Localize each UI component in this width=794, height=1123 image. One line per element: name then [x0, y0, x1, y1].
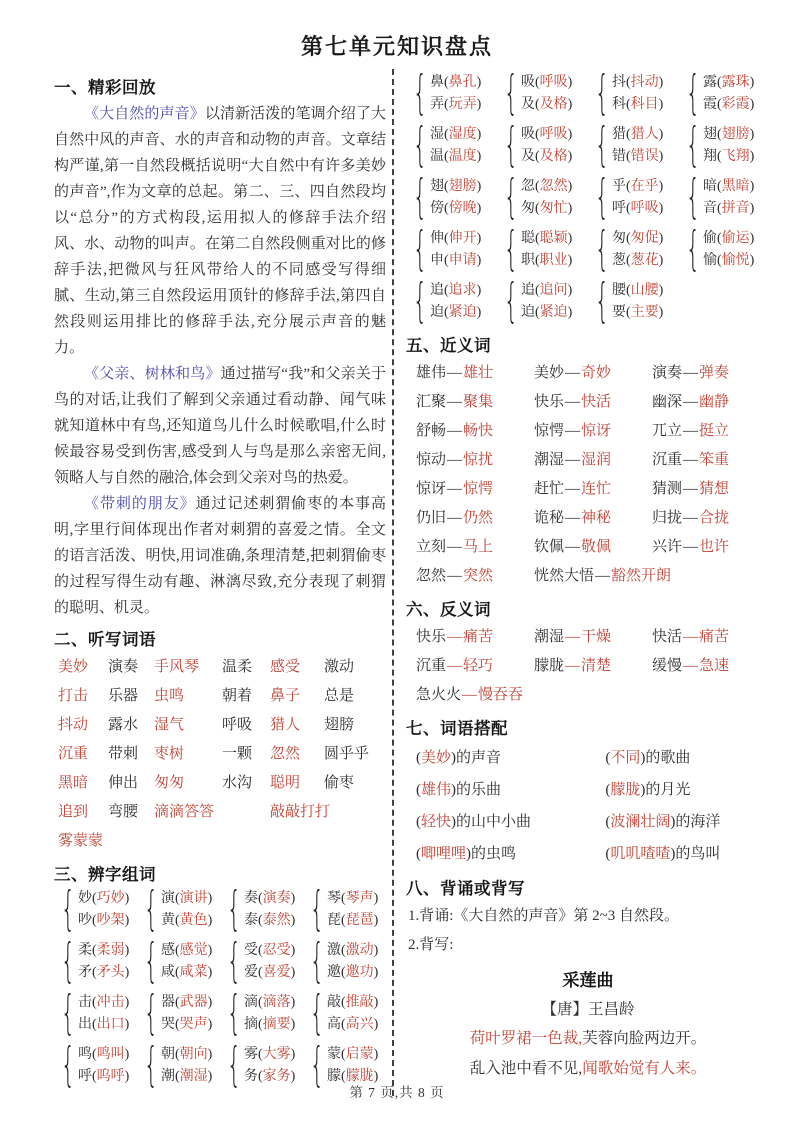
character-entry: 演(演讲)	[161, 888, 212, 910]
paren-close: )	[125, 891, 130, 906]
character-entry: 出(出口)	[78, 1014, 129, 1036]
pair-left-word: 沉重	[416, 658, 446, 674]
character-entry: 猎(猎人)	[612, 124, 663, 146]
synonym-pair: 归拢—合拢	[652, 504, 770, 533]
pair-right-word: 奇妙	[581, 365, 611, 381]
brace-icon: {	[504, 123, 518, 169]
character-group: {猎(猎人)错(错误)	[588, 124, 679, 168]
base-character: 琴	[327, 891, 341, 906]
character-group-lines: 吸(呼吸)及(及格)	[521, 124, 572, 168]
paren-close: )	[750, 127, 755, 142]
review-paragraph: 《带刺的朋友》通过记述刺猬偷枣的本事高明,字里行间体现出作者对刺猬的喜爱之情。全…	[54, 491, 386, 621]
brace-icon: {	[227, 887, 241, 933]
synonym-pair: 潮湿—湿润	[534, 446, 652, 475]
character-group: {激(激动)邀(邀功)	[303, 940, 386, 984]
character-group-lines: 演(演讲)黄(黄色)	[161, 888, 212, 932]
base-character: 咸	[161, 965, 175, 980]
compound-word: 巧妙	[97, 891, 125, 906]
brace-icon: {	[504, 227, 518, 273]
collocation-item: (叽叽喳喳)的鸟叫	[605, 838, 770, 870]
pair-left-word: 演奏	[652, 365, 682, 381]
paren-close: )	[477, 97, 482, 112]
base-character: 琵	[327, 913, 341, 928]
character-entry: 雾(大雾)	[244, 1044, 295, 1066]
paren-close: )	[568, 179, 573, 194]
character-group-lines: 偷(偷运)愉(愉悦)	[703, 228, 754, 272]
pair-left-word: 舒畅	[416, 423, 446, 439]
base-character: 爱	[244, 965, 258, 980]
dash-separator: —	[446, 452, 463, 468]
character-entry: 错(错误)	[612, 146, 663, 168]
character-entry: 乎(在乎)	[612, 176, 663, 198]
paren-close: )	[477, 231, 482, 246]
compound-word: 彩霞	[722, 97, 750, 112]
paren-close: )	[125, 913, 130, 928]
paragraph-text: 通过记述刺猬偷枣的本事高明,字里行间体现出作者对刺猬的喜爱之情。全文的语言活泼、…	[54, 496, 386, 616]
character-entry: 咸(咸菜)	[161, 962, 212, 984]
paren-close: )	[208, 965, 213, 980]
paren-close: )	[659, 127, 664, 142]
character-entry: 葱(葱花)	[612, 250, 663, 272]
character-entry: 激(激动)	[327, 940, 378, 962]
base-character: 及	[521, 149, 535, 164]
character-group: {柔(柔弱)矛(矛头)	[54, 940, 137, 984]
character-entry: 申(申请)	[430, 250, 481, 272]
brace-icon: {	[310, 991, 324, 1037]
character-group-lines: 暗(黑暗)音(拼音)	[703, 176, 754, 220]
base-character: 奏	[244, 891, 258, 906]
base-character: 腰	[612, 283, 626, 298]
compound-word: 邀功	[346, 965, 374, 980]
base-character: 申	[430, 253, 444, 268]
poem-segment: 荷叶罗裙一色裁,	[470, 1030, 582, 1047]
character-group-lines: 乎(在乎)呼(呼吸)	[612, 176, 663, 220]
paren-close: )	[291, 1017, 296, 1032]
base-character: 葱	[612, 253, 626, 268]
dash-separator: —	[446, 629, 463, 645]
poem-segment: 闻歌始觉有人来。	[582, 1060, 706, 1077]
brace-icon: {	[595, 227, 609, 273]
compound-word: 玩弄	[449, 97, 477, 112]
modifier-word: 不同	[610, 750, 640, 766]
character-group-row: {伸(伸开)申(申请){聪(聪颖)职(职业){匆(匆促)葱(葱花){偷(偷运)愉…	[406, 228, 770, 272]
compound-word: 及格	[540, 97, 568, 112]
brace-icon: {	[504, 175, 518, 221]
character-entry: 摘(摘要)	[244, 1014, 295, 1036]
antonym-pair: 沉重—轻巧	[416, 652, 534, 681]
character-group-lines: 聪(聪颖)职(职业)	[521, 228, 572, 272]
base-character: 要	[612, 305, 626, 320]
character-entry: 匆(匆促)	[612, 228, 663, 250]
character-group: {鼻(鼻孔)弄(玩弄)	[406, 72, 497, 116]
character-group-lines: 妙(巧妙)吵(吵架)	[78, 888, 129, 932]
dictation-word: 湿气	[154, 711, 222, 740]
synonym-pair: 猜测—猜想	[652, 475, 770, 504]
pair-left-word: 美妙	[534, 365, 564, 381]
pair-right-word: 笨重	[699, 452, 729, 468]
compound-word: 匆促	[631, 231, 659, 246]
dash-separator: —	[682, 452, 699, 468]
dash-separator: —	[446, 423, 463, 439]
compound-word: 呼吸	[540, 75, 568, 90]
synonym-pair: 汇聚—聚集	[416, 388, 534, 417]
compound-word: 伸开	[449, 231, 477, 246]
character-entry: 受(忍受)	[244, 940, 295, 962]
recite-line: 1.背诵:《大自然的声音》第 2~3 自然段。	[408, 902, 770, 931]
antonym-pair: 朦胧—清楚	[534, 652, 652, 681]
base-character: 敲	[327, 995, 341, 1010]
compound-word: 黄色	[180, 913, 208, 928]
pair-right-word: 幽静	[699, 394, 729, 410]
paren-close: )	[477, 149, 482, 164]
character-entry: 音(拼音)	[703, 198, 754, 220]
dictation-word: 敲敲打打	[270, 798, 386, 827]
dictation-word: 水沟	[222, 769, 270, 798]
compound-word: 职业	[540, 253, 568, 268]
character-entry: 泰(泰然)	[244, 910, 295, 932]
paren-close: )	[374, 965, 379, 980]
compound-word: 忍受	[263, 943, 291, 958]
character-group: {器(武器)哭(哭声)	[137, 992, 220, 1036]
synonym-pair: 恍然大悟—豁然开朗	[534, 562, 770, 591]
pair-left-word: 缓慢	[652, 658, 682, 674]
character-entry: 翅(翅膀)	[703, 124, 754, 146]
synonym-pair: 仍旧—仍然	[416, 504, 534, 533]
section-header-recite: 八、背诵或背写	[406, 875, 770, 899]
character-group-lines: 湿(湿度)温(温度)	[430, 124, 481, 168]
base-character: 音	[703, 201, 717, 216]
pair-left-word: 归拢	[652, 510, 682, 526]
paren-close: )	[208, 913, 213, 928]
synonym-pair: 舒畅—畅快	[416, 417, 534, 446]
paren-close: )	[477, 253, 482, 268]
paren-close: )	[291, 1047, 296, 1062]
character-group: {乎(在乎)呼(呼吸)	[588, 176, 679, 220]
dictation-word: 偷枣	[324, 769, 386, 798]
synonym-pair: 惊讶—惊愕	[416, 475, 534, 504]
synonym-pair: 兀立—挺立	[652, 417, 770, 446]
brace-icon: {	[227, 939, 241, 985]
paren-close: )	[374, 995, 379, 1010]
dictation-word: 感受	[270, 653, 324, 682]
paren-close: )	[374, 913, 379, 928]
synonym-pair: 快乐—快活	[534, 388, 652, 417]
dictation-word: 一颗	[222, 740, 270, 769]
compound-word: 呼吸	[540, 127, 568, 142]
base-character: 妙	[78, 891, 92, 906]
dictation-word: 呼吸	[222, 711, 270, 740]
character-group: {妙(巧妙)吵(吵架)	[54, 888, 137, 932]
compound-word: 在乎	[631, 179, 659, 194]
character-entry: 聪(聪颖)	[521, 228, 572, 250]
pair-left-word: 沉重	[652, 452, 682, 468]
dictation-word: 虫鸣	[154, 682, 222, 711]
character-entry: 器(武器)	[161, 992, 212, 1014]
pair-right-word: 马上	[463, 539, 493, 555]
pair-right-word: 惊讶	[581, 423, 611, 439]
modifier-word: 叽叽喳喳	[610, 846, 670, 862]
paren-close: )	[568, 201, 573, 216]
character-entry: 霞(彩霞)	[703, 94, 754, 116]
pair-left-word: 兀立	[652, 423, 682, 439]
brace-icon: {	[144, 991, 158, 1037]
poem-line: 荷叶罗裙一色裁,芙蓉向脸两边开。	[406, 1024, 770, 1054]
synonym-pair: 雄伟—雄壮	[416, 359, 534, 388]
character-group-lines: 伸(伸开)申(申请)	[430, 228, 481, 272]
character-entry: 奏(演奏)	[244, 888, 295, 910]
pair-left-word: 快活	[652, 629, 682, 645]
character-entry: 鼻(鼻孔)	[430, 72, 481, 94]
brace-icon: {	[595, 123, 609, 169]
poem-lines: 荷叶罗裙一色裁,芙蓉向脸两边开。乱入池中看不见,闻歌始觉有人来。	[406, 1024, 770, 1084]
character-entry: 腰(山腰)	[612, 280, 663, 302]
synonym-pair: 惊动—惊扰	[416, 446, 534, 475]
pair-left-word: 钦佩	[534, 539, 564, 555]
dictation-word: 鼻子	[270, 682, 324, 711]
book-title: 《父亲、树林和鸟》	[84, 366, 221, 382]
paren-close: )	[659, 201, 664, 216]
dictation-word: 黑暗	[58, 769, 108, 798]
dictation-word: 演奏	[108, 653, 154, 682]
head-word: 的山中小曲	[456, 814, 531, 830]
dash-separator: —	[564, 394, 581, 410]
character-entry: 匆(匆忙)	[521, 198, 572, 220]
pair-right-word: 仍然	[463, 510, 493, 526]
collocation-item: (波澜壮阔)的海洋	[605, 806, 770, 838]
character-entry: 翅(翅膀)	[430, 176, 481, 198]
right-column: {鼻(鼻孔)弄(玩弄){吸(呼吸)及(及格){抖(抖动)科(科目){露(露珠)霞…	[392, 69, 770, 1096]
character-entry: 愉(愉悦)	[703, 250, 754, 272]
modifier-word: 唧哩哩	[421, 846, 466, 862]
section-header-dictation: 二、听写词语	[54, 626, 386, 650]
character-group-lines: 猎(猎人)错(错误)	[612, 124, 663, 168]
base-character: 猎	[612, 127, 626, 142]
paren-close: )	[291, 913, 296, 928]
pair-left-word: 汇聚	[416, 394, 446, 410]
character-entry: 弄(玩弄)	[430, 94, 481, 116]
base-character: 暗	[703, 179, 717, 194]
base-character: 偷	[703, 231, 717, 246]
base-character: 露	[703, 75, 717, 90]
antonym-pair: 急火火—慢吞吞	[416, 681, 534, 710]
pair-right-word: 雄壮	[463, 365, 493, 381]
character-group-row: {鼻(鼻孔)弄(玩弄){吸(呼吸)及(及格){抖(抖动)科(科目){露(露珠)霞…	[406, 72, 770, 116]
brace-icon: {	[61, 939, 75, 985]
antonym-pair: 潮湿—干燥	[534, 623, 652, 652]
review-paragraph: 《大自然的声音》以清新活泼的笔调介绍了大自然中风的声音、水的声音和动物的声音。文…	[54, 101, 386, 361]
base-character: 泰	[244, 913, 258, 928]
paren-close: )	[477, 179, 482, 194]
character-entry: 温(温度)	[430, 146, 481, 168]
character-entry: 哭(哭声)	[161, 1014, 212, 1036]
character-entry: 要(主要)	[612, 302, 663, 324]
pair-left-word: 急火火	[416, 687, 461, 703]
synonym-pair: 演奏—弹奏	[652, 359, 770, 388]
compound-word: 翅膀	[722, 127, 750, 142]
character-group-lines: 翅(翅膀)翔(飞翔)	[703, 124, 754, 168]
base-character: 职	[521, 253, 535, 268]
paren-close: )	[659, 253, 664, 268]
compound-word: 黑暗	[722, 179, 750, 194]
pair-right-word: 惊扰	[463, 452, 493, 468]
compound-word: 申请	[449, 253, 477, 268]
base-character: 摘	[244, 1017, 258, 1032]
compound-word: 错误	[631, 149, 659, 164]
character-group-row: {追(追求)迫(紧迫){追(追问)迫(紧迫){腰(山腰)要(主要)	[406, 280, 770, 324]
dash-separator: —	[564, 658, 581, 674]
character-entry: 迫(紧迫)	[521, 302, 572, 324]
compound-word: 吵架	[97, 913, 125, 928]
worksheet-page: 第七单元知识盘点 一、精彩回放 《大自然的声音》以清新活泼的笔调介绍了大自然中风…	[0, 0, 794, 1123]
character-group-row: {湿(湿度)温(温度){吸(呼吸)及(及格){猎(猎人)错(错误){翅(翅膀)翔…	[406, 124, 770, 168]
dash-separator: —	[682, 658, 699, 674]
base-character: 哭	[161, 1017, 175, 1032]
paren-close: )	[477, 305, 482, 320]
character-group: {滴(滴落)摘(摘要)	[220, 992, 303, 1036]
character-entry: 敲(推敲)	[327, 992, 378, 1014]
character-group-lines: 匆(匆促)葱(葱花)	[612, 228, 663, 272]
pair-right-word: 神秘	[581, 510, 611, 526]
synonym-pair: 沉重—笨重	[652, 446, 770, 475]
dictation-word: 抖动	[58, 711, 108, 740]
pair-left-word: 惊讶	[416, 481, 446, 497]
compound-word: 呼吸	[631, 201, 659, 216]
character-group-lines: 露(露珠)霞(彩霞)	[703, 72, 754, 116]
pair-right-word: 敬佩	[581, 539, 611, 555]
pair-left-word: 朦胧	[534, 658, 564, 674]
pair-right-word: 惊愕	[463, 481, 493, 497]
base-character: 追	[430, 283, 444, 298]
base-character: 弄	[430, 97, 444, 112]
character-group-lines: 敲(推敲)高(高兴)	[327, 992, 378, 1036]
dictation-word: 追到	[58, 798, 108, 827]
synonym-pair: 钦佩—敬佩	[534, 533, 652, 562]
compound-word: 紧迫	[540, 305, 568, 320]
dictation-word: 美妙	[58, 653, 108, 682]
character-entry: 鸣(鸣叫)	[78, 1044, 129, 1066]
paren-close: )	[125, 1017, 130, 1032]
character-entry: 邀(邀功)	[327, 962, 378, 984]
dictation-word: 打击	[58, 682, 108, 711]
poem-segment: 乱入池中看不见,	[470, 1060, 582, 1077]
antonym-pair: 快活—痛苦	[652, 623, 770, 652]
character-entry: 职(职业)	[521, 250, 572, 272]
base-character: 科	[612, 97, 626, 112]
paren-close: )	[477, 283, 482, 298]
compound-word: 猎人	[631, 127, 659, 142]
dictation-word: 弯腰	[108, 798, 154, 827]
character-entry: 迫(紧迫)	[430, 302, 481, 324]
character-group-lines: 激(激动)邀(邀功)	[327, 940, 378, 984]
character-entry: 击(冲击)	[78, 992, 129, 1014]
character-group-lines: 受(忍受)爱(喜爱)	[244, 940, 295, 984]
base-character: 愉	[703, 253, 717, 268]
character-entry: 偷(偷运)	[703, 228, 754, 250]
character-group: {腰(山腰)要(主要)	[588, 280, 679, 324]
pair-right-word: 畅快	[463, 423, 493, 439]
pair-right-word: 痛苦	[699, 629, 729, 645]
brace-icon: {	[504, 71, 518, 117]
character-group-row: {翅(翅膀)傍(傍晚){忽(忽然)匆(匆忙){乎(在乎)呼(呼吸){暗(黑暗)音…	[406, 176, 770, 220]
paren-close: )	[208, 995, 213, 1010]
synonym-pair: 立刻—马上	[416, 533, 534, 562]
base-character: 迫	[521, 305, 535, 320]
character-entry: 滴(滴落)	[244, 992, 295, 1014]
character-group: {吸(呼吸)及(及格)	[497, 124, 588, 168]
dictation-word: 露水	[108, 711, 154, 740]
character-group-row: {妙(巧妙)吵(吵架){演(演讲)黄(黄色){奏(演奏)泰(泰然){琴(琴声)琵…	[54, 888, 386, 932]
compound-word: 高兴	[346, 1017, 374, 1032]
character-group-lines: 吸(呼吸)及(及格)	[521, 72, 572, 116]
pair-right-word: 猜想	[699, 481, 729, 497]
character-entry: 追(追求)	[430, 280, 481, 302]
synonym-pair: 兴许—也许	[652, 533, 770, 562]
two-column-layout: 一、精彩回放 《大自然的声音》以清新活泼的笔调介绍了大自然中风的声音、水的声音和…	[0, 61, 794, 1096]
brace-icon: {	[144, 887, 158, 933]
character-entry: 暗(黑暗)	[703, 176, 754, 198]
pair-left-word: 兴许	[652, 539, 682, 555]
character-group-lines: 琴(琴声)琵(琵琶)	[327, 888, 378, 932]
character-group: {追(追问)迫(紧迫)	[497, 280, 588, 324]
character-entry: 抖(抖动)	[612, 72, 663, 94]
dash-separator: —	[564, 423, 581, 439]
base-character: 迫	[430, 305, 444, 320]
character-group-lines: 翅(翅膀)傍(傍晚)	[430, 176, 481, 220]
character-entry: 伸(伸开)	[430, 228, 481, 250]
compound-word: 武器	[180, 995, 208, 1010]
compound-word: 拼音	[722, 201, 750, 216]
recite-line: 2.背写:	[408, 931, 770, 960]
paren-close: )	[750, 97, 755, 112]
brace-icon: {	[595, 175, 609, 221]
paren-close: )	[568, 231, 573, 246]
paren-close: )	[125, 1047, 130, 1062]
character-group: {偷(偷运)愉(愉悦)	[679, 228, 770, 272]
section-header-collocations: 七、词语搭配	[406, 715, 770, 739]
dictation-word: 忽然	[270, 740, 324, 769]
brace-icon: {	[144, 939, 158, 985]
character-group-lines: 腰(山腰)要(主要)	[612, 280, 663, 324]
section-header-antonyms: 六、反义词	[406, 596, 770, 620]
base-character: 温	[430, 149, 444, 164]
dash-separator: —	[682, 365, 699, 381]
paren-close: )	[208, 1047, 213, 1062]
compound-word: 激动	[346, 943, 374, 958]
paren-close: )	[125, 995, 130, 1010]
head-word: 的歌曲	[645, 750, 690, 766]
dash-separator: —	[564, 365, 581, 381]
character-entry: 朝(朝向)	[161, 1044, 212, 1066]
page-number: 第 7 页,共 8 页	[0, 1081, 794, 1101]
paren-close: )	[568, 253, 573, 268]
base-character: 吸	[521, 75, 535, 90]
base-character: 柔	[78, 943, 92, 958]
paren-close: )	[374, 1017, 379, 1032]
paren-close: )	[659, 75, 664, 90]
head-word: 的虫鸣	[471, 846, 516, 862]
pair-left-word: 惊动	[416, 452, 446, 468]
pair-right-word: 痛苦	[463, 629, 493, 645]
pair-right-word: 豁然开朗	[611, 568, 671, 584]
poem-block: 采莲曲 【唐】王昌龄 荷叶罗裙一色裁,芙蓉向脸两边开。乱入池中看不见,闻歌始觉有…	[406, 966, 770, 1084]
head-word: 的声音	[456, 750, 501, 766]
compound-word: 温度	[449, 149, 477, 164]
brace-icon: {	[686, 175, 700, 221]
base-character: 出	[78, 1017, 92, 1032]
paren-close: )	[291, 965, 296, 980]
section-header-characters: 三、辨字组词	[54, 861, 386, 885]
pair-left-word: 忽然	[416, 568, 446, 584]
